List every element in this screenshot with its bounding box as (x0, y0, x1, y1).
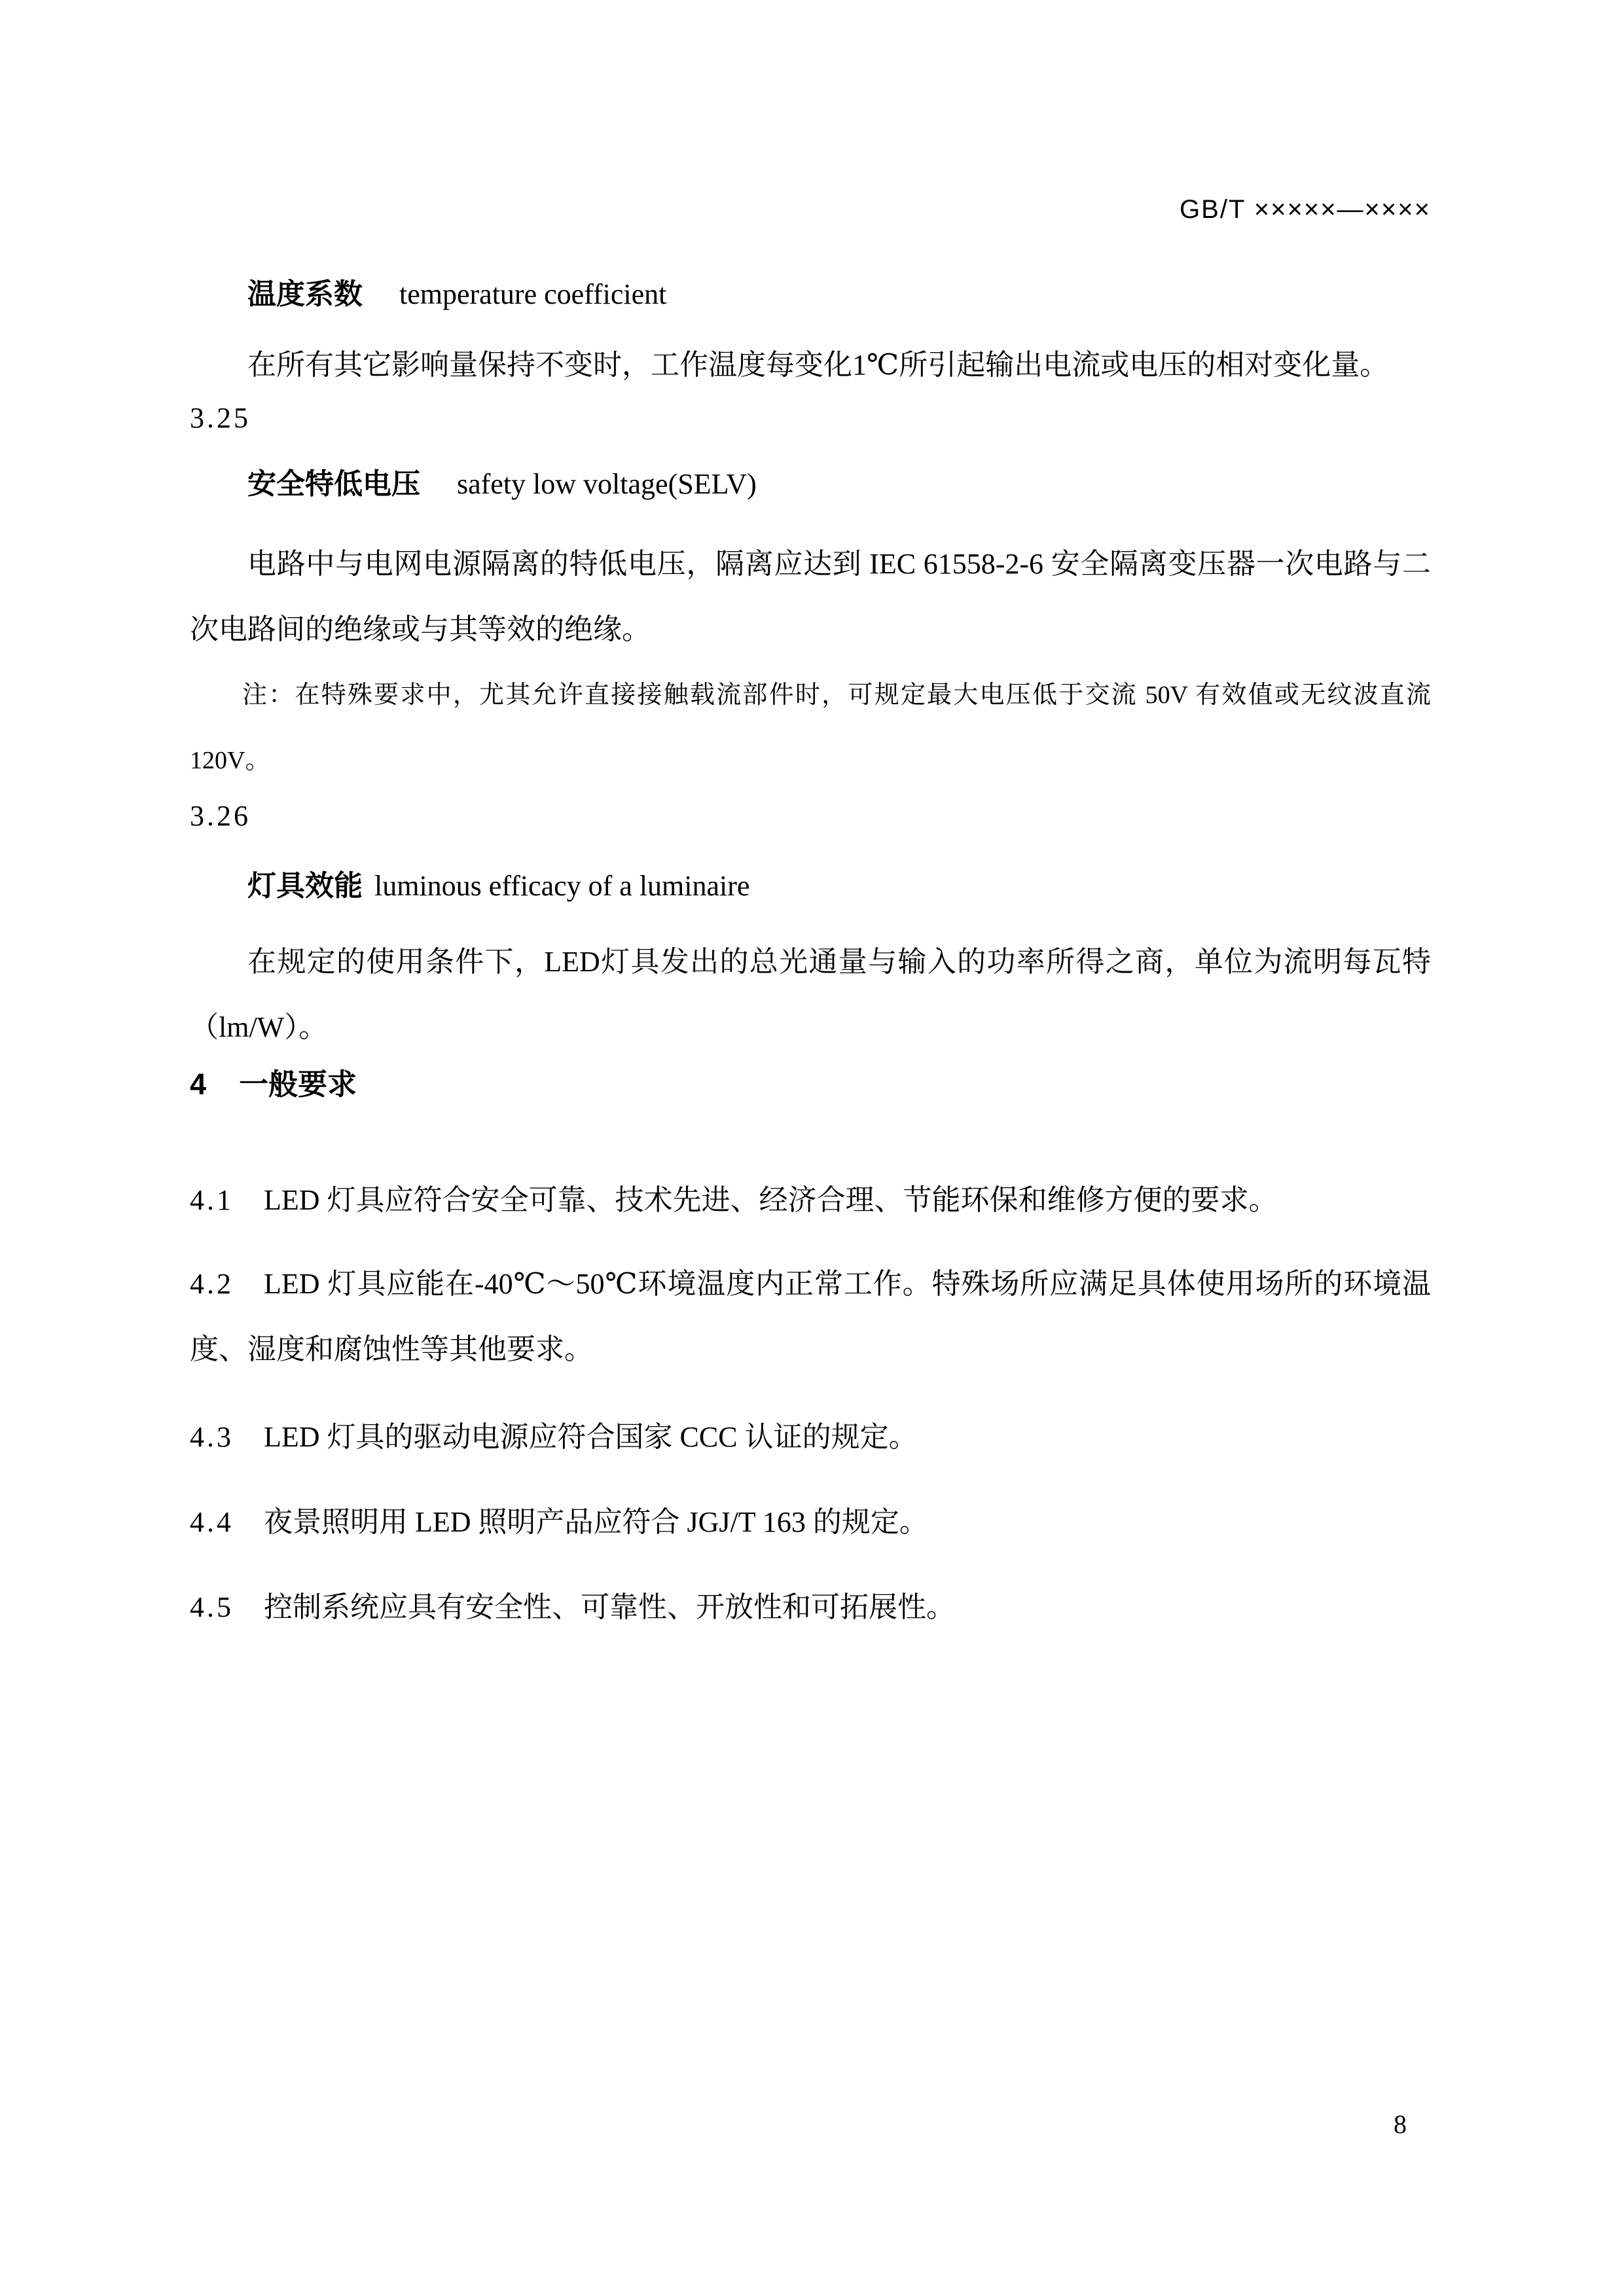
clause-4-2: 4.2LED 灯具应能在-40℃～50℃环境温度内正常工作。特殊场所应满足具体使… (190, 1251, 1431, 1382)
clause-text: LED 灯具的驱动电源应符合国家 CCC 认证的规定。 (264, 1421, 918, 1453)
term-zh-label: 温度系数 (247, 278, 363, 310)
term-heading-selv: 安全特低电压safety low voltage(SELV) (190, 467, 1431, 501)
term-en-label: safety low voltage(SELV) (457, 468, 757, 500)
term-en-label: luminous efficacy of a luminaire (374, 870, 749, 902)
term-heading-luminous-efficacy: 灯具效能luminous efficacy of a luminaire (190, 869, 1431, 903)
term-heading-temperature-coefficient: 温度系数temperature coefficient (190, 278, 1431, 312)
term-definition: 电路中与电网电源隔离的特低电压，隔离应达到 IEC 61558-2-6 安全隔离… (190, 531, 1431, 662)
clause-number: 4.4 (190, 1506, 234, 1538)
term-definition: 在规定的使用条件下，LED灯具发出的总光通量与输入的功率所得之商，单位为流明每瓦… (190, 929, 1431, 1060)
term-definition: 在所有其它影响量保持不变时，工作温度每变化1℃所引起输出电流或电压的相对变化量。 (190, 332, 1431, 398)
term-note: 注：在特殊要求中，尤其允许直接接触载流部件时，可规定最大电压低于交流 50V 有… (190, 662, 1431, 793)
clause-text: 控制系统应具有安全性、可靠性、开放性和可拓展性。 (264, 1591, 955, 1623)
clause-text: 夜景照明用 LED 照明产品应符合 JGJ/T 163 的规定。 (264, 1506, 928, 1538)
clause-number: 4.5 (190, 1591, 234, 1623)
clause-4-3: 4.3LED 灯具的驱动电源应符合国家 CCC 认证的规定。 (190, 1405, 1431, 1470)
clause-number: 4.3 (190, 1421, 234, 1453)
clause-text: LED 灯具应能在-40℃～50℃环境温度内正常工作。特殊场所应满足具体使用场所… (190, 1268, 1431, 1365)
section-heading-general-requirements: 4一般要求 (190, 1067, 1431, 1102)
document-page: GB/T ×××××—×××× 温度系数temperature coeffici… (0, 0, 1624, 2296)
clause-number: 4.2 (190, 1268, 234, 1300)
clause-4-5: 4.5控制系统应具有安全性、可靠性、开放性和可拓展性。 (190, 1575, 1431, 1640)
clause-text: LED 灯具应符合安全可靠、技术先进、经济合理、节能环保和维修方便的要求。 (264, 1184, 1278, 1216)
clause-number: 4.1 (190, 1184, 234, 1216)
term-zh-label: 灯具效能 (247, 870, 363, 902)
section-number: 4 (190, 1067, 206, 1101)
standard-number-header: GB/T ×××××—×××× (1180, 195, 1431, 224)
clause-4-1: 4.1LED 灯具应符合安全可靠、技术先进、经济合理、节能环保和维修方便的要求。 (190, 1168, 1431, 1233)
term-number-3-26: 3.26 (190, 800, 1431, 833)
page-number: 8 (1394, 2109, 1407, 2140)
clause-4-4: 4.4夜景照明用 LED 照明产品应符合 JGJ/T 163 的规定。 (190, 1490, 1431, 1555)
term-zh-label: 安全特低电压 (247, 468, 420, 500)
section-title: 一般要求 (239, 1067, 357, 1101)
term-number-3-25: 3.25 (190, 402, 1431, 435)
term-en-label: temperature coefficient (399, 278, 666, 310)
